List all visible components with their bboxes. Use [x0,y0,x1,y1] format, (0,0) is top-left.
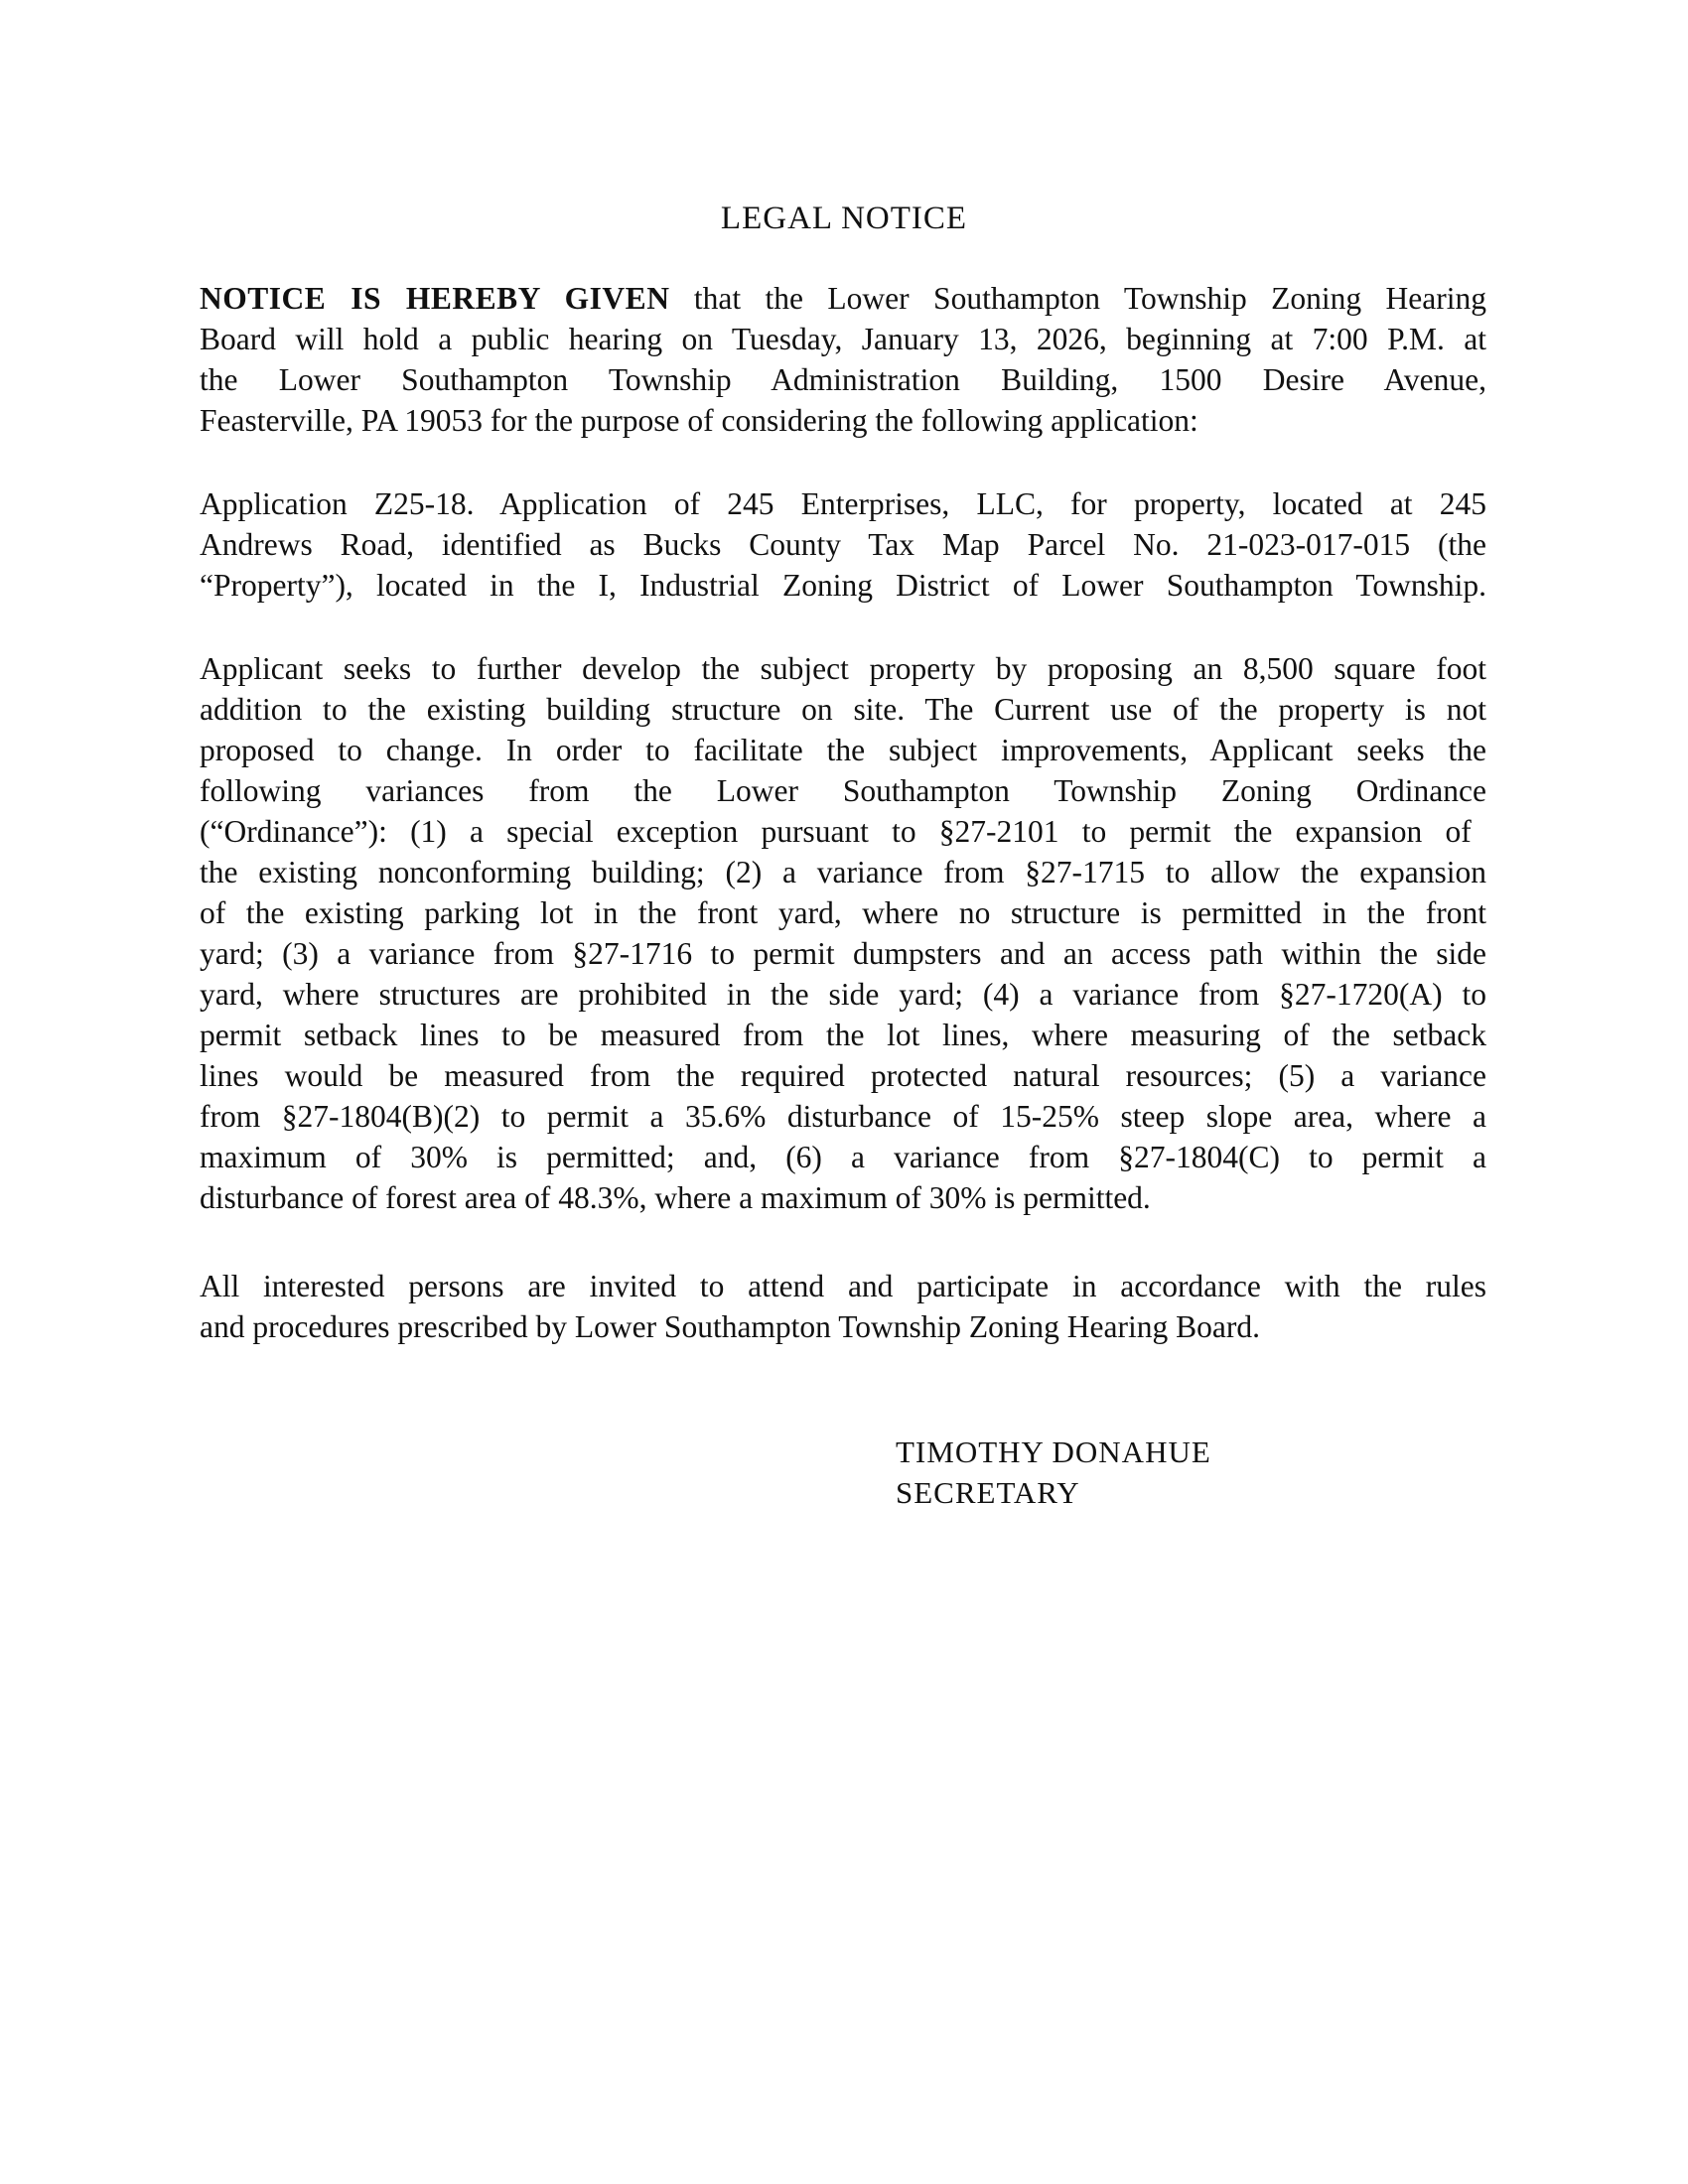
text-line: Application Z25-18. Application of 245 E… [200,483,1486,524]
text-line: proposed to change. In order to facilita… [200,730,1486,770]
signature-block: TIMOTHY DONAHUE SECRETARY [896,1432,1211,1513]
text-line: from §27-1804(B)(2) to permit a 35.6% di… [200,1096,1486,1137]
document-page: LEGAL NOTICE NOTICE IS HEREBY GIVEN that… [0,0,1688,2184]
notice-paragraph: NOTICE IS HEREBY GIVEN that the Lower So… [200,278,1486,441]
closing-paragraph: All interested persons are invited to at… [200,1266,1486,1347]
text-line: Feasterville, PA 19053 for the purpose o… [200,400,1486,441]
text-line: Board will hold a public hearing on Tues… [200,319,1486,359]
notice-lead-bold: NOTICE IS HEREBY GIVEN [200,281,669,316]
text-line: maximum of 30% is permitted; and, (6) a … [200,1137,1486,1177]
application-paragraph: Application Z25-18. Application of 245 E… [200,483,1486,606]
text-line: NOTICE IS HEREBY GIVEN that the Lower So… [200,278,1486,319]
text-line: following variances from the Lower South… [200,770,1486,811]
text-line: yard, where structures are prohibited in… [200,974,1486,1015]
text-line: of the existing parking lot in the front… [200,892,1486,933]
text-line: and procedures prescribed by Lower South… [200,1306,1486,1347]
text-line: lines would be measured from the require… [200,1055,1486,1096]
text-line: the existing nonconforming building; (2)… [200,852,1486,892]
text-line: Andrews Road, identified as Bucks County… [200,524,1486,565]
signatory-role: SECRETARY [896,1472,1211,1513]
text-line: Applicant seeks to further develop the s… [200,648,1486,689]
text-line: permit setback lines to be measured from… [200,1015,1486,1055]
document-title: LEGAL NOTICE [0,199,1688,238]
text-line: All interested persons are invited to at… [200,1266,1486,1306]
signatory-name: TIMOTHY DONAHUE [896,1432,1211,1472]
text-line: (“Ordinance”): (1) a special exception p… [200,811,1486,852]
variances-paragraph: Applicant seeks to further develop the s… [200,648,1486,1218]
text-line: addition to the existing building struct… [200,689,1486,730]
text-line: yard; (3) a variance from §27-1716 to pe… [200,933,1486,974]
text-line: “Property”), located in the I, Industria… [200,565,1486,606]
text-line: disturbance of forest area of 48.3%, whe… [200,1177,1486,1218]
text-line: the Lower Southampton Township Administr… [200,359,1486,400]
